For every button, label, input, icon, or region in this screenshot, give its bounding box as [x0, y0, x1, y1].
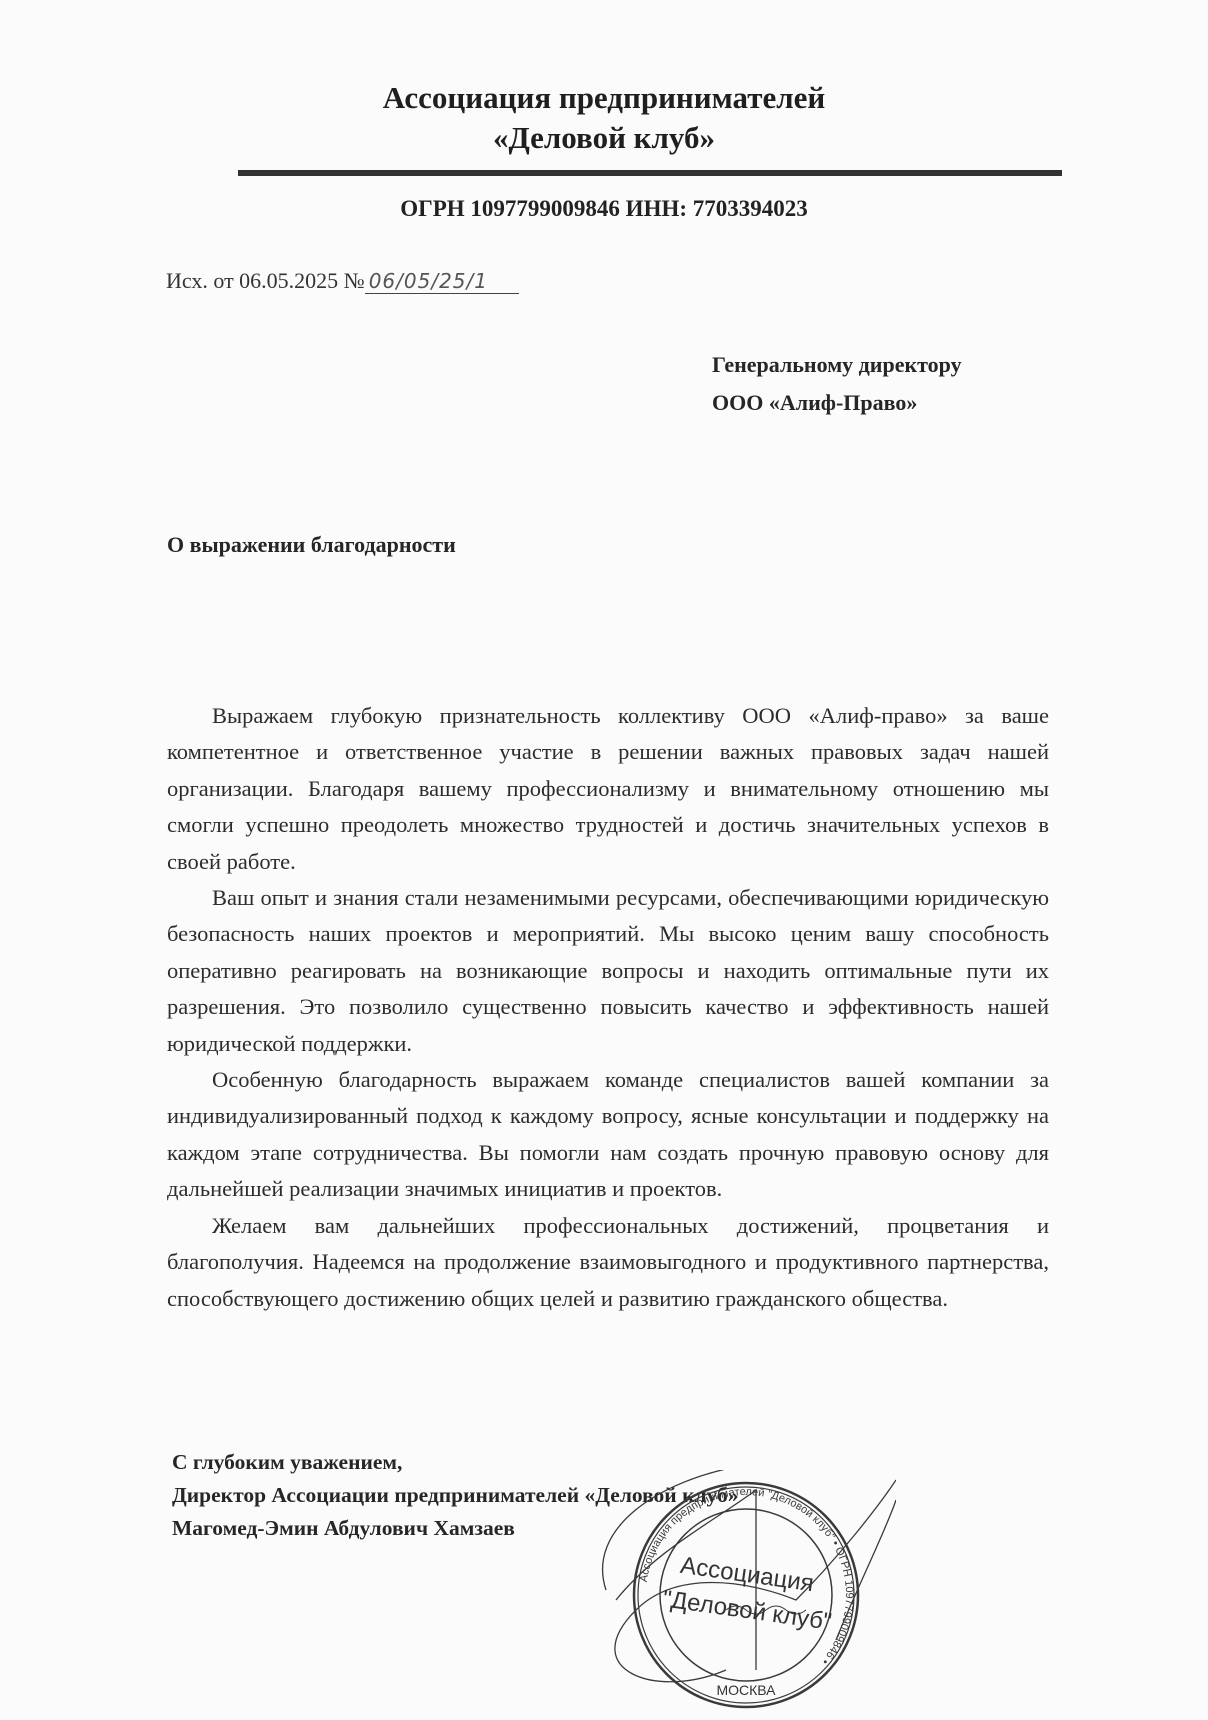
signer-position: Директор Ассоциации предпринимателей «Де… [172, 1479, 739, 1512]
stamp-center-line1: Ассоциация [679, 1552, 816, 1597]
body-paragraph: Ваш опыт и знания стали незаменимыми рес… [167, 880, 1049, 1062]
signature-block: С глубоким уважением, Директор Ассоциаци… [172, 1446, 739, 1545]
letter-subject: О выражении благодарности [167, 532, 456, 558]
body-paragraph: Выражаем глубокую признательность коллек… [167, 698, 1049, 880]
stamp-city: МОСКВА [716, 1682, 776, 1698]
reference-label: Исх. от 06.05.2025 № [166, 268, 365, 293]
signer-name: Магомед-Эмин Абдулович Хамзаев [172, 1512, 739, 1545]
body-paragraph: Желаем вам дальнейших профессиональных д… [167, 1208, 1049, 1317]
addressee-line2: ООО «Алиф-Право» [712, 384, 962, 422]
registration-numbers: ОГРН 1097799009846 ИНН: 7703394023 [0, 196, 1208, 222]
addressee-line1: Генеральному директору [712, 346, 962, 384]
addressee: Генеральному директору ООО «Алиф-Право» [712, 346, 962, 422]
stamp-center-line2: "Деловой клуб" [661, 1585, 833, 1635]
closing-salutation: С глубоким уважением, [172, 1446, 739, 1479]
reference-number: 06/05/25/1 [365, 269, 519, 294]
header-divider [238, 170, 1062, 176]
letter-body: Выражаем глубокую признательность коллек… [167, 698, 1049, 1317]
outgoing-reference: Исх. от 06.05.2025 №06/05/25/1 [166, 268, 519, 294]
body-paragraph: Особенную благодарность выражаем команде… [167, 1062, 1049, 1208]
org-name-line2: «Деловой клуб» [0, 118, 1208, 158]
org-name-line1: Ассоциация предпринимателей [0, 78, 1208, 118]
